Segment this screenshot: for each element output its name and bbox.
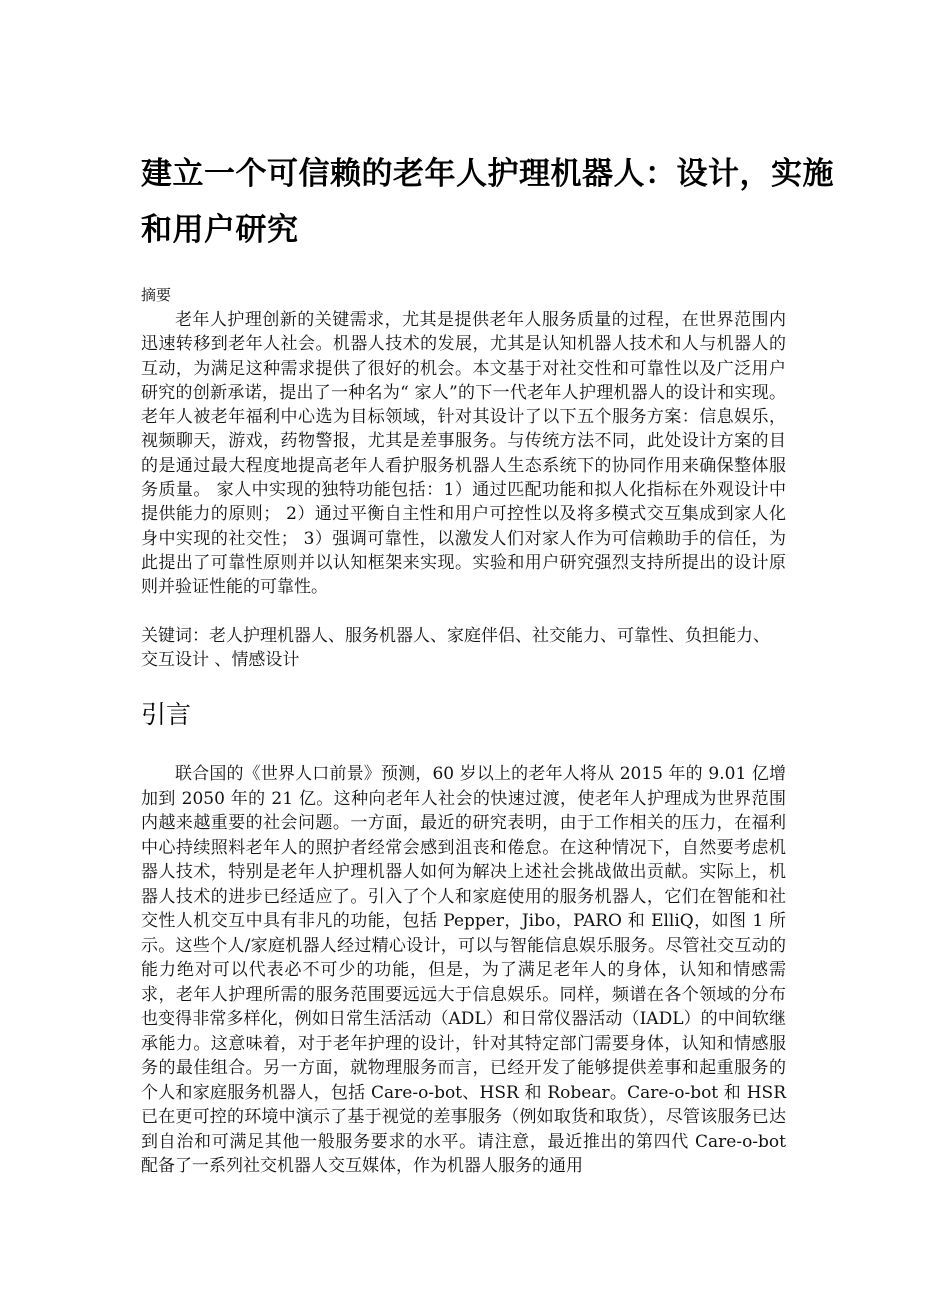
section-heading-introduction: 引言 — [141, 698, 191, 732]
keywords: 关键词：老人护理机器人、服务机器人、家庭伴侣、社交能力、可靠性、负担能力、交互设… — [141, 624, 786, 673]
abstract-body: 老年人护理创新的关键需求，尤其是提供老年人服务质量的过程，在世界范围内迅速转移到… — [141, 308, 786, 600]
document-title: 建立一个可信赖的老年人护理机器人：设计，实施和用户研究 — [141, 146, 841, 258]
abstract-label: 摘要 — [141, 285, 171, 305]
introduction-body: 联合国的《世界人口前景》预测，60 岁以上的老年人将从 2015 年的 9.01… — [141, 762, 786, 1179]
